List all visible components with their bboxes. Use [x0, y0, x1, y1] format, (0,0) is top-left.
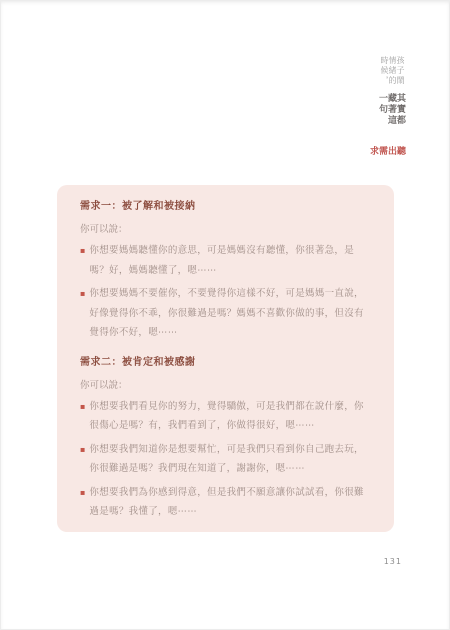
bullet-text: 你想要我們知道你是想要幫忙，可是我們只看到你自己跑去玩，你很難過是嗎？我們現在知…	[89, 440, 373, 479]
section-1-heading: 需求一：被了解和被接納	[80, 197, 373, 217]
chapter-vertical-header: 孩子鬧情緒的時候， 其實都藏著這一句 聽出需求	[368, 54, 404, 164]
book-page: 孩子鬧情緒的時候， 其實都藏著這一句 聽出需求 需求一：被了解和被接納 你可以說…	[0, 0, 450, 630]
section-2-intro: 你可以說：	[80, 376, 373, 396]
red-square-bullet-icon: ▪	[80, 397, 85, 417]
chapter-header-subline: 孩子鬧情緒的時候，	[375, 54, 404, 93]
chapter-header-redline: 聽出需求	[368, 130, 404, 164]
chapter-header-mainline: 其實都藏著這一句	[375, 93, 404, 129]
page-number: 131	[384, 557, 402, 566]
list-item: ▪ 你想要媽媽聽懂你的意思，可是媽媽沒有聽懂，你很著急，是嗎？好，媽媽聽懂了，嗯…	[80, 241, 373, 280]
section-1-intro: 你可以說：	[80, 220, 373, 240]
pink-content-panel: 需求一：被了解和被接納 你可以說： ▪ 你想要媽媽聽懂你的意思，可是媽媽沒有聽懂…	[57, 185, 394, 532]
section-2-heading: 需求二：被肯定和被感謝	[80, 353, 373, 373]
list-item: ▪ 你想要我們看見你的努力，覺得驕傲，可是我們都在說什麼，你很傷心是嗎？有，我們…	[80, 397, 373, 436]
bullet-text: 你想要媽媽不要催你，不要覺得你這樣不好，可是媽媽一直說，好像覺得你不乖，你很難過…	[89, 284, 373, 343]
red-square-bullet-icon: ▪	[80, 483, 85, 503]
red-square-bullet-icon: ▪	[80, 440, 85, 460]
list-item: ▪ 你想要我們為你感到得意，但是我們不願意讓你試試看，你很難過是嗎？我懂了，嗯⋯…	[80, 483, 373, 522]
red-square-bullet-icon: ▪	[80, 241, 85, 261]
list-item: ▪ 你想要我們知道你是想要幫忙，可是我們只看到你自己跑去玩，你很難過是嗎？我們現…	[80, 440, 373, 479]
list-item: ▪ 你想要媽媽不要催你，不要覺得你這樣不好，可是媽媽一直說，好像覺得你不乖，你很…	[80, 284, 373, 343]
red-square-bullet-icon: ▪	[80, 284, 85, 304]
bullet-text: 你想要我們為你感到得意，但是我們不願意讓你試試看，你很難過是嗎？我懂了，嗯⋯⋯	[89, 483, 373, 522]
bullet-text: 你想要我們看見你的努力，覺得驕傲，可是我們都在說什麼，你很傷心是嗎？有，我們看到…	[89, 397, 373, 436]
bullet-text: 你想要媽媽聽懂你的意思，可是媽媽沒有聽懂，你很著急，是嗎？好，媽媽聽懂了，嗯⋯⋯	[89, 241, 373, 280]
